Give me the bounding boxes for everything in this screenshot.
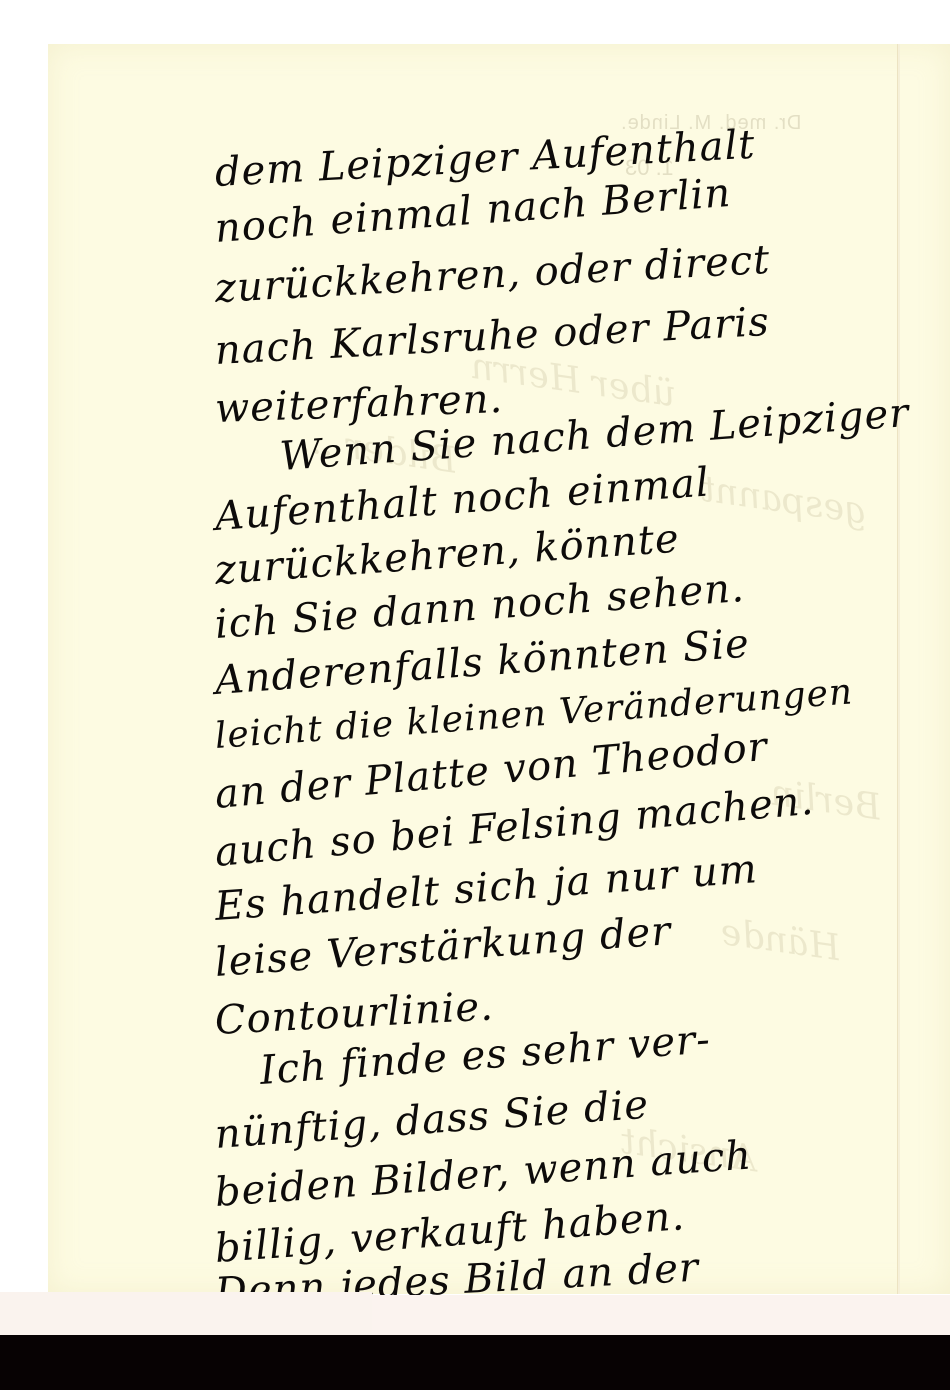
paper-fold-line [897,44,900,1294]
scan-black-border [0,1335,950,1390]
scan-margin-strip-left [0,1292,372,1335]
